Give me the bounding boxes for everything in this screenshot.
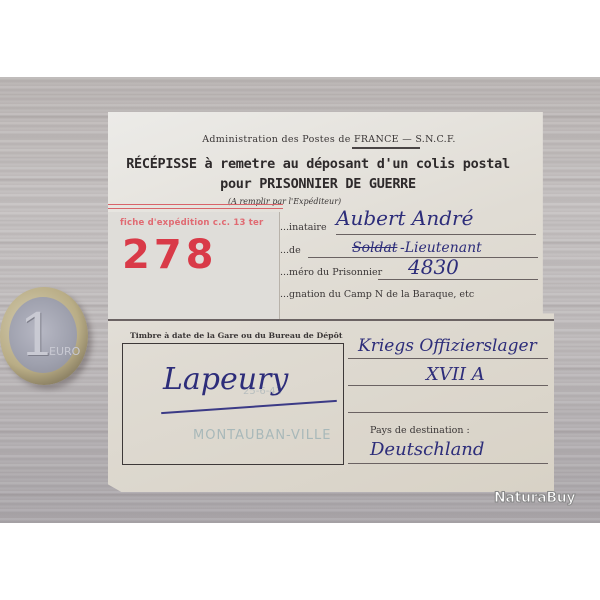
field-label-prisoner-number: ...méro du Prisonnier [280,267,382,278]
handwritten-rank: -Lieutenant [400,240,482,256]
photo: 1 EURO Administration des Postes de FRAN… [0,77,600,523]
handwritten-rank-struck: Soldat [352,240,397,256]
header-admin: Administration des Postes de FRANCE — S.… [154,134,504,145]
handwritten-recipient: Aubert André [336,206,473,230]
field-label-camp: ...gnation du Camp N de la Baraque, etc [280,289,474,300]
section-divider [108,319,554,321]
stamp-city: MONTAUBAN-VILLE [193,428,331,443]
receipt-document: Administration des Postes de FRANCE — S.… [108,112,554,492]
field-label-rank: ...de [280,245,301,256]
field-line [378,279,538,280]
handwritten-destination: Deutschland [370,439,484,460]
field-line [348,412,548,413]
postmark-box: 25-6-43 Lapeury MONTAUBAN-VILLE [122,343,344,465]
field-line [348,385,548,386]
coin-unit: EURO [49,345,80,358]
timbre-label: Timbre à date de la Gare ou du Bureau de… [130,331,342,340]
naturabuy-watermark: NaturaBuy [494,490,575,506]
title-line-1: RÉCÉPISSE à remetre au déposant d'un col… [108,154,528,174]
dispatch-label: fiche d'expédition c.c. 13 ter 278 [108,212,280,320]
document-title: RÉCÉPISSE à remetre au déposant d'un col… [108,154,528,194]
destination-label: Pays de destination : [370,425,470,436]
dispatch-label-caption: fiche d'expédition c.c. 13 ter [120,218,263,228]
signature: Lapeury [163,362,288,397]
header-divider [352,147,420,149]
coin-face: 1 EURO [9,297,77,373]
handwritten-camp-line-2: XVII A [426,364,485,385]
field-label-recipient: ...inataire [280,222,327,233]
field-line [336,234,536,235]
title-line-2: pour PRISONNIER DE GUERRE [108,174,528,194]
euro-coin: 1 EURO [0,287,88,385]
field-line [348,463,548,464]
coin-value: 1 [19,301,56,369]
signature-underline [161,400,337,414]
field-line [348,358,548,359]
dispatch-number: 278 [122,232,218,278]
handwritten-camp-line-1: Kriegs Offizierslager [358,336,537,356]
red-rule [108,208,283,209]
handwritten-prisoner-number: 4830 [408,255,459,279]
red-rule [108,204,283,205]
